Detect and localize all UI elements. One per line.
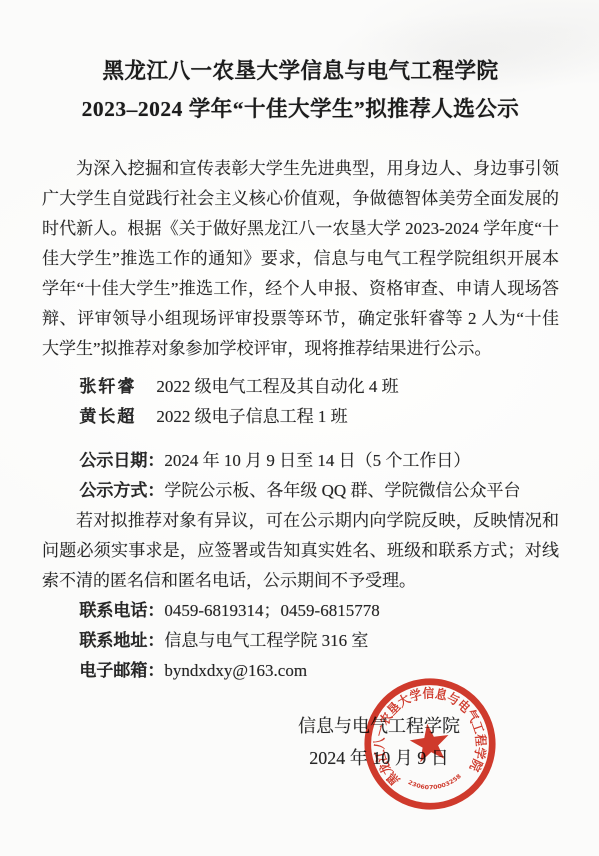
seal-star-icon <box>408 721 452 763</box>
official-seal-stamp: 黑龙江八一农垦大学信息与电气工程学院 2306070003258 <box>358 672 502 816</box>
notice-method-value: 学院公示板、各年级 QQ 群、学院微信公众平台 <box>164 481 520 500</box>
notice-date-label: 公示日期： <box>79 451 164 470</box>
candidate-list: 张轩睿 2022 级电气工程及其自动化 4 班 黄长超 2022 级电子信息工程… <box>42 372 559 432</box>
contact-email-value: byndxdxy@163.com <box>164 661 307 680</box>
contact-address-label: 联系地址： <box>79 631 164 650</box>
contact-phone-line: 联系电话：0459-6819314；0459-6815778 <box>79 596 559 626</box>
intro-paragraph: 为深入挖掘和宣传表彰大学生先进典型，用身边人、身边事引领广大学生自觉践行社会主义… <box>42 154 559 364</box>
notice-method-line: 公示方式：学院公示板、各年级 QQ 群、学院微信公众平台 <box>79 476 559 506</box>
seal-icon: 黑龙江八一农垦大学信息与电气工程学院 2306070003258 <box>358 672 502 816</box>
candidate-row: 张轩睿 2022 级电气工程及其自动化 4 班 <box>79 372 559 402</box>
contact-phone-value: 0459-6819314；0459-6815778 <box>164 601 379 620</box>
contact-phone-label: 联系电话： <box>79 601 164 620</box>
objection-paragraph: 若对拟推荐对象有异议，可在公示期内向学院反映，反映情况和问题必须实事求是，应签署… <box>42 506 559 596</box>
candidate-class: 2022 级电气工程及其自动化 4 班 <box>156 372 398 402</box>
title-line-2: 2023–2024 学年“十佳大学生”拟推荐人选公示 <box>42 90 559 128</box>
document-title: 黑龙江八一农垦大学信息与电气工程学院 2023–2024 学年“十佳大学生”拟推… <box>42 52 559 128</box>
candidate-class: 2022 级电子信息工程 1 班 <box>156 402 347 432</box>
contact-address-line: 联系地址：信息与电气工程学院 316 室 <box>79 626 559 656</box>
document-body: 黑龙江八一农垦大学信息与电气工程学院 2023–2024 学年“十佳大学生”拟推… <box>0 0 599 774</box>
seal-serial-number: 2306070003258 <box>406 772 464 794</box>
title-line-1: 黑龙江八一农垦大学信息与电气工程学院 <box>42 52 559 90</box>
scanned-announcement-page: 黑龙江八一农垦大学信息与电气工程学院 2023–2024 学年“十佳大学生”拟推… <box>0 0 599 856</box>
candidate-row: 黄长超 2022 级电子信息工程 1 班 <box>79 402 559 432</box>
notice-method-label: 公示方式： <box>79 481 164 500</box>
notice-date-line: 公示日期：2024 年 10 月 9 日至 14 日（5 个工作日） <box>79 446 559 476</box>
contact-address-value: 信息与电气工程学院 316 室 <box>164 631 368 650</box>
contact-email-label: 电子邮箱： <box>79 661 164 680</box>
candidate-name: 黄长超 <box>79 402 136 432</box>
candidate-name: 张轩睿 <box>79 372 136 402</box>
svg-text:2306070003258: 2306070003258 <box>406 772 464 794</box>
notice-date-value: 2024 年 10 月 9 日至 14 日（5 个工作日） <box>164 451 470 470</box>
